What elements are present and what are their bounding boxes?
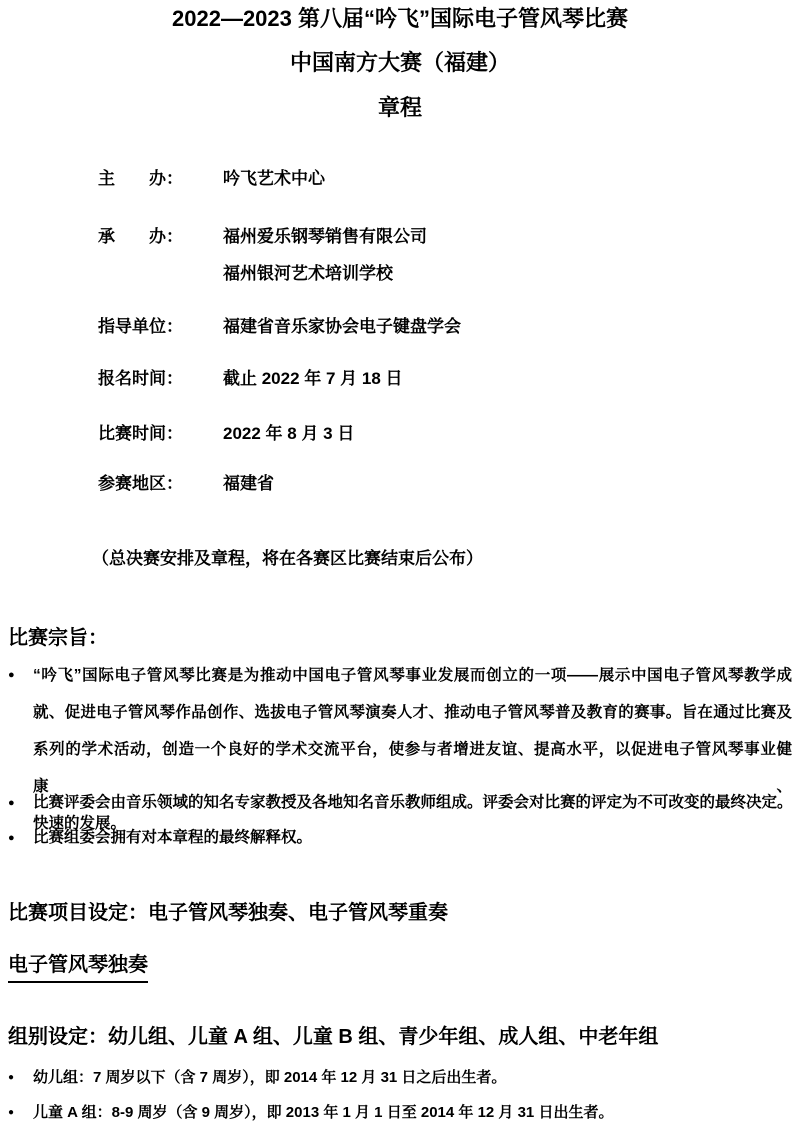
document-page: 2022—2023 第八届“吟飞”国际电子管风琴比赛 中国南方大赛（福建） 章程… [0,0,800,1123]
purpose-heading: 比赛宗旨： [8,625,108,651]
competition-title: 2022—2023 第八届“吟飞”国际电子管风琴比赛 [0,5,800,33]
info-values: 2022 年 8 月 3 日 [223,422,354,446]
solo-section-heading: 电子管风琴独奏 [8,952,148,983]
info-label: 承 办： [98,225,223,286]
info-label: 主 办： [98,167,223,191]
info-row: 比赛时间：2022 年 8 月 3 日 [98,422,354,446]
solo-heading-underlined-text: 电子管风琴独奏 [8,952,148,983]
info-values: 福州爱乐钢琴销售有限公司福州银河艺术培训学校 [223,225,427,286]
info-value: 福州银河艺术培训学校 [223,262,427,286]
bullet-line: 比赛评委会由音乐领域的知名专家教授及各地知名音乐教师组成。评委会对比赛的评定为不… [33,790,792,816]
info-values: 截止 2022 年 7 月 18 日 [223,367,403,391]
info-value: 福建省音乐家协会电子键盘学会 [223,315,461,339]
info-values: 福建省 [223,472,274,496]
events-heading: 比赛项目设定：电子管风琴独奏、电子管风琴重奏 [8,900,448,926]
info-row: 指导单位：福建省音乐家协会电子键盘学会 [98,315,461,339]
finals-note: （总决赛安排及章程，将在各赛区比赛结束后公布） [92,547,483,571]
info-values: 福建省音乐家协会电子键盘学会 [223,315,461,339]
bullet-icon: ● [8,825,15,851]
bullet-icon: ● [8,790,15,816]
list-item: ●比赛评委会由音乐领域的知名专家教授及各地知名音乐教师组成。评委会对比赛的评定为… [8,790,792,816]
bullet-line: 幼儿组：7 周岁以下（含 7 周岁），即 2014 年 12 月 31 日之后出… [33,1066,792,1090]
info-label: 报名时间： [98,367,223,391]
info-values: 吟飞艺术中心 [223,167,325,191]
bullet-icon: ● [8,1101,14,1123]
info-label: 比赛时间： [98,422,223,446]
info-value: 吟飞艺术中心 [223,167,325,191]
info-row: 承 办：福州爱乐钢琴销售有限公司福州银河艺术培训学校 [98,225,427,286]
bullet-icon: ● [8,657,15,694]
list-item: ●儿童 A 组：8-9 周岁（含 9 周岁），即 2013 年 1 月 1 日至… [8,1101,792,1123]
info-label: 指导单位： [98,315,223,339]
bullet-icon: ● [8,1066,14,1090]
list-item: ●比赛组委会拥有对本章程的最终解释权。 [8,825,792,851]
info-value: 截止 2022 年 7 月 18 日 [223,367,403,391]
regional-contest-title: 中国南方大赛（福建） [0,49,800,77]
charter-title: 章程 [0,94,800,122]
bullet-line: 比赛组委会拥有对本章程的最终解释权。 [33,825,792,851]
bullet-line: “吟飞”国际电子管风琴比赛是为推动中国电子管风琴事业发展而创立的一项——展示中国… [33,657,792,694]
info-value: 2022 年 8 月 3 日 [223,422,354,446]
info-label: 参赛地区： [98,472,223,496]
info-row: 主 办：吟飞艺术中心 [98,167,325,191]
info-row: 报名时间：截止 2022 年 7 月 18 日 [98,367,403,391]
info-row: 参赛地区：福建省 [98,472,274,496]
info-value: 福建省 [223,472,274,496]
bullet-line: 儿童 A 组：8-9 周岁（含 9 周岁），即 2013 年 1 月 1 日至 … [33,1101,792,1123]
bullet-line: 就、促进电子管风琴作品创作、选拔电子管风琴演奏人才、推动电子管风琴普及教育的赛事… [33,694,792,731]
list-item: ●幼儿组：7 周岁以下（含 7 周岁），即 2014 年 12 月 31 日之后… [8,1066,792,1090]
info-value: 福州爱乐钢琴销售有限公司 [223,225,427,249]
groups-heading: 组别设定：幼儿组、儿童 A 组、儿童 B 组、青少年组、成人组、中老年组 [8,1024,658,1050]
